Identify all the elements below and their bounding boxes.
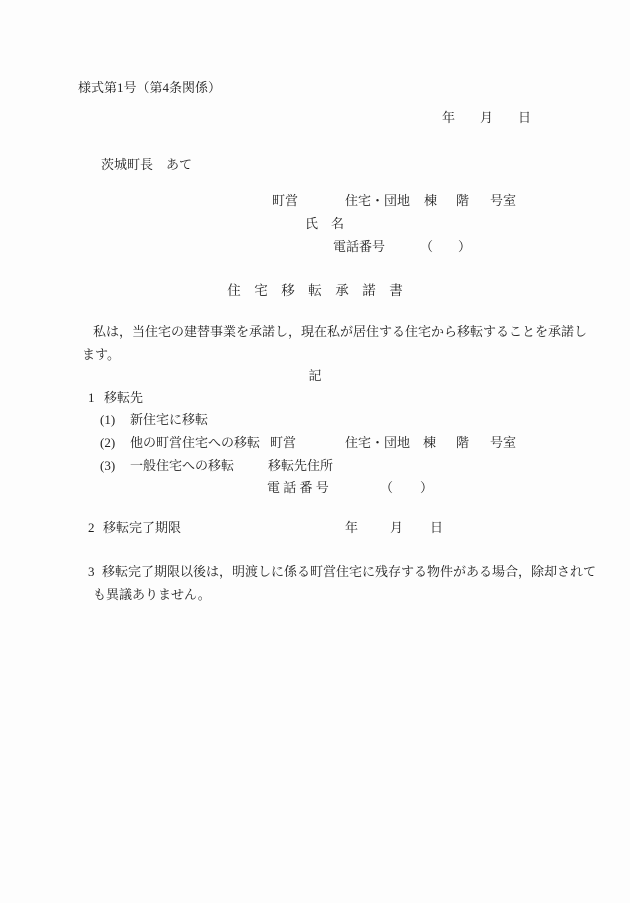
section1-option3-label: 一般住宅への移転 (130, 459, 234, 474)
consent-form-document: 様式第1号（第4条関係） 年 月 日 茨城町長 あて 町営 住宅・団地 棟 階 … (0, 0, 630, 903)
applicant-room-label: 号室 (490, 194, 516, 209)
section1-option1-number: (1) (100, 413, 115, 428)
section1-option2-housing-prefix: 町営 (270, 436, 296, 451)
body-paragraph-line1: 私は，当住宅の建替事業を承諾し，現在私が居住する住宅から移転することを承諾し (93, 325, 587, 340)
applicant-name-label: 氏 名 (305, 217, 344, 232)
applicant-building-label: 棟 (424, 194, 437, 209)
addressee: 茨城町長 あて (101, 158, 192, 173)
section1-phone-paren-close: ） (420, 481, 433, 496)
section1-phone-paren-open: （ (380, 481, 393, 496)
date-month-label: 月 (480, 111, 493, 126)
date-year-label: 年 (442, 111, 455, 126)
section3-line2: も異議ありません。 (93, 588, 211, 603)
section3-line1: 移転完了期限以後は，明渡しに係る町営住宅に残存する物件がある場合，除却されて (102, 565, 596, 580)
applicant-housing-prefix: 町営 (272, 194, 298, 209)
section2-heading: 移転完了期限 (103, 521, 181, 536)
applicant-housing-suffix: 住宅・団地 (345, 194, 410, 209)
body-paragraph-line2: ます。 (82, 348, 120, 363)
applicant-phone-label: 電話番号 (333, 240, 385, 255)
section1-phone-label: 電 話 番 号 (267, 481, 329, 496)
section2-day-label: 日 (430, 521, 443, 536)
section1-option2-room-label: 号室 (490, 436, 516, 451)
document-title: 住 宅 移 転 承 諾 書 (0, 283, 630, 299)
applicant-phone-paren-close: ） (458, 240, 471, 255)
section1-heading: 移転先 (104, 391, 143, 406)
section1-option2-label: 他の町営住宅への移転 (130, 436, 260, 451)
section1-option2-building-label: 棟 (423, 436, 436, 451)
section1-option2-housing-suffix: 住宅・団地 (345, 436, 410, 451)
section1-option3-number: (3) (100, 459, 115, 474)
applicant-floor-label: 階 (456, 194, 469, 209)
section2-year-label: 年 (345, 521, 358, 536)
section1-option1-label: 新住宅に移転 (130, 413, 208, 428)
section2-month-label: 月 (390, 521, 403, 536)
form-number: 様式第1号（第4条関係） (78, 81, 221, 96)
section1-option2-number: (2) (100, 436, 115, 451)
date-day-label: 日 (518, 111, 531, 126)
applicant-phone-paren-open: （ (420, 240, 433, 255)
list-marker: 記 (0, 369, 630, 384)
section1-option3-address-label: 移転先住所 (268, 459, 333, 474)
section2-number: 2 (88, 521, 95, 536)
section1-option2-floor-label: 階 (456, 436, 469, 451)
section3-number: 3 (88, 565, 95, 580)
section1-number: 1 (88, 391, 95, 406)
